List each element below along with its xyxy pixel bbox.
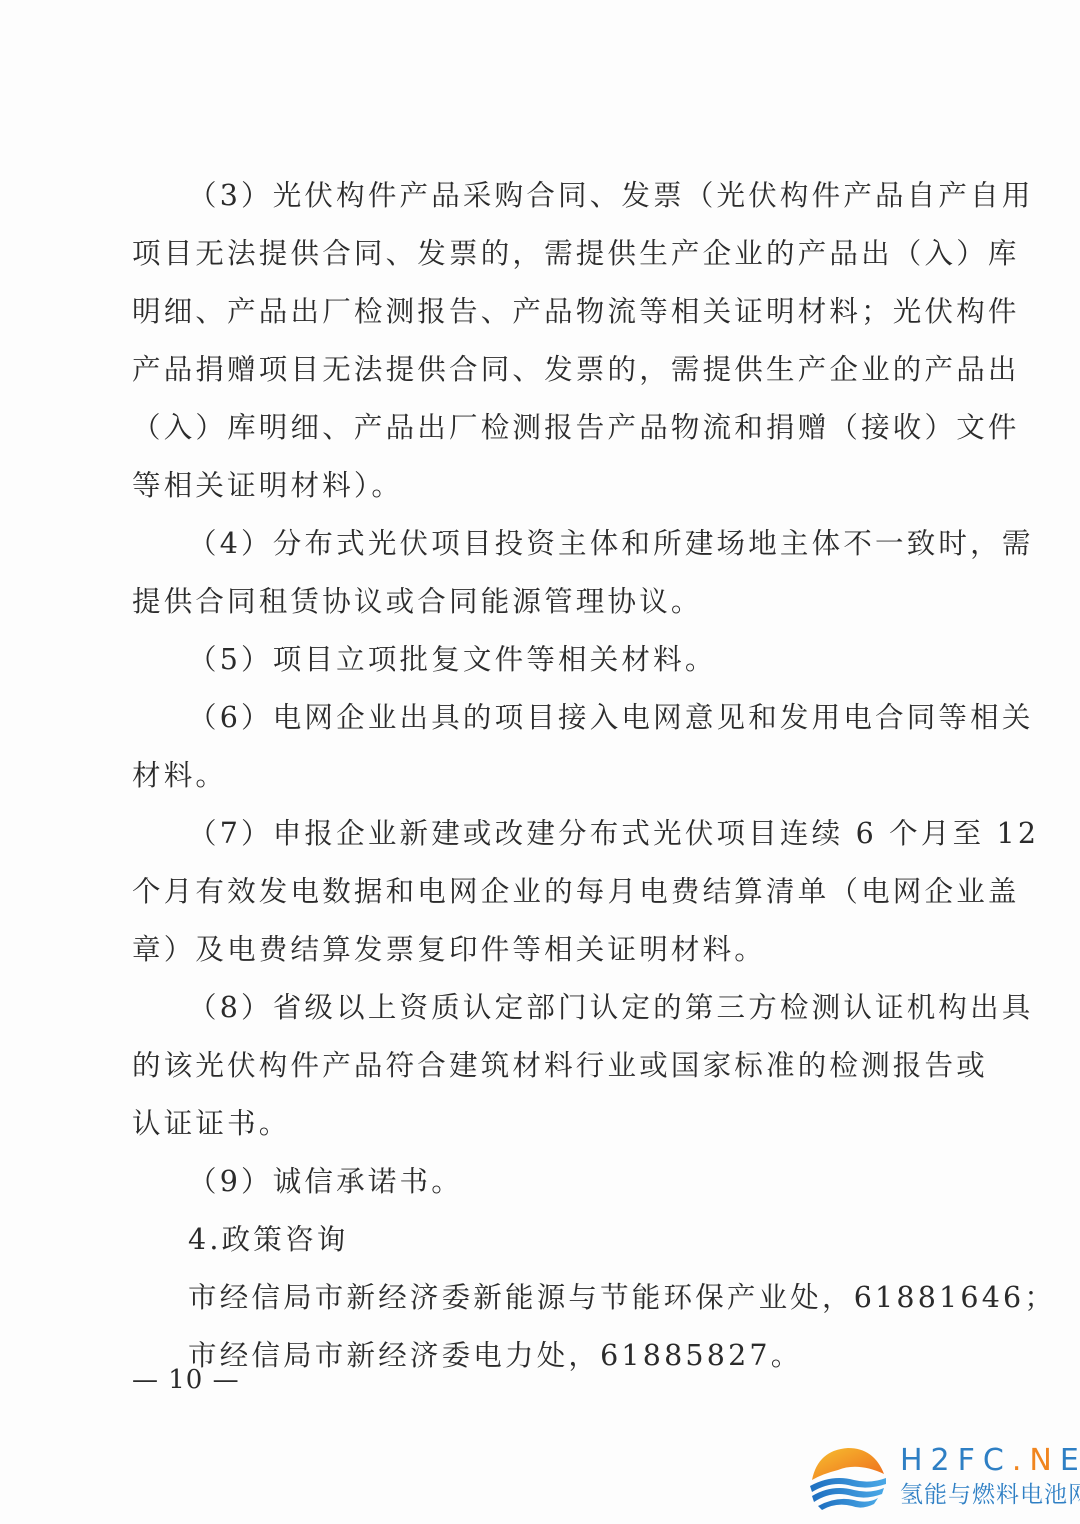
watermark-subtitle: 氢能与燃料电池网 xyxy=(900,1480,1080,1510)
item-7-line-3: 章）及电费结算发票复印件等相关证明材料。 xyxy=(132,930,766,970)
watermark-title-accent: .N xyxy=(1012,1443,1060,1478)
item-4-line-2: 提供合同租赁协议或合同能源管理协议。 xyxy=(132,582,703,622)
item-6-line-2: 材料。 xyxy=(132,756,227,796)
item-8-line-2: 的该光伏构件产品符合建筑材料行业或国家标准的检测报告或 xyxy=(132,1046,988,1086)
item-5: （5）项目立项批复文件等相关材料。 xyxy=(188,640,717,680)
item-8-line-3: 认证证书。 xyxy=(132,1104,291,1144)
page-number: — 10 — xyxy=(132,1362,240,1398)
item-4-line-1: （4）分布式光伏项目投资主体和所建场地主体不一致时，需 xyxy=(188,524,1034,564)
item-8-line-1: （8）省级以上资质认定部门认定的第三方检测认证机构出具 xyxy=(188,988,1034,1028)
watermark-title-part1: H2FC xyxy=(900,1443,1012,1478)
item-3-line-2: 项目无法提供合同、发票的，需提供生产企业的产品出（入）库 xyxy=(132,234,1020,274)
item-3-line-3: 明细、产品出厂检测报告、产品物流等相关证明材料；光伏构件 xyxy=(132,292,1020,332)
item-3-line-5: （入）库明细、产品出厂检测报告产品物流和捐赠（接收）文件 xyxy=(132,408,1020,448)
section-heading-policy-consultation: 4.政策咨询 xyxy=(188,1220,348,1260)
item-3-line-1: （3）光伏构件产品采购合同、发票（光伏构件产品自产自用 xyxy=(188,176,1034,216)
document-page: （3）光伏构件产品采购合同、发票（光伏构件产品自产自用 项目无法提供合同、发票的… xyxy=(0,0,1080,1524)
contact-line-1: 市经信局市新经济委新能源与节能环保产业处，61881646； xyxy=(188,1278,1056,1318)
watermark-title: H2FC.NET xyxy=(900,1444,1080,1478)
item-7-line-1: （7）申报企业新建或改建分布式光伏项目连续 6 个月至 12 xyxy=(188,814,1039,854)
contact-line-2: 市经信局市新经济委电力处，61885827。 xyxy=(188,1336,802,1376)
item-9: （9）诚信承诺书。 xyxy=(188,1162,463,1202)
item-3-line-4: 产品捐赠项目无法提供合同、发票的，需提供生产企业的产品出 xyxy=(132,350,1020,390)
item-7-line-2: 个月有效发电数据和电网企业的每月电费结算清单（电网企业盖 xyxy=(132,872,1020,912)
item-6-line-1: （6）电网企业出具的项目接入电网意见和发用电合同等相关 xyxy=(188,698,1034,738)
sun-wave-logo-icon xyxy=(808,1444,888,1512)
watermark-logo: H2FC.NET 氢能与燃料电池网 xyxy=(808,1440,1070,1516)
item-3-line-6: 等相关证明材料）。 xyxy=(132,466,403,506)
watermark-title-part2: ET xyxy=(1060,1443,1080,1478)
